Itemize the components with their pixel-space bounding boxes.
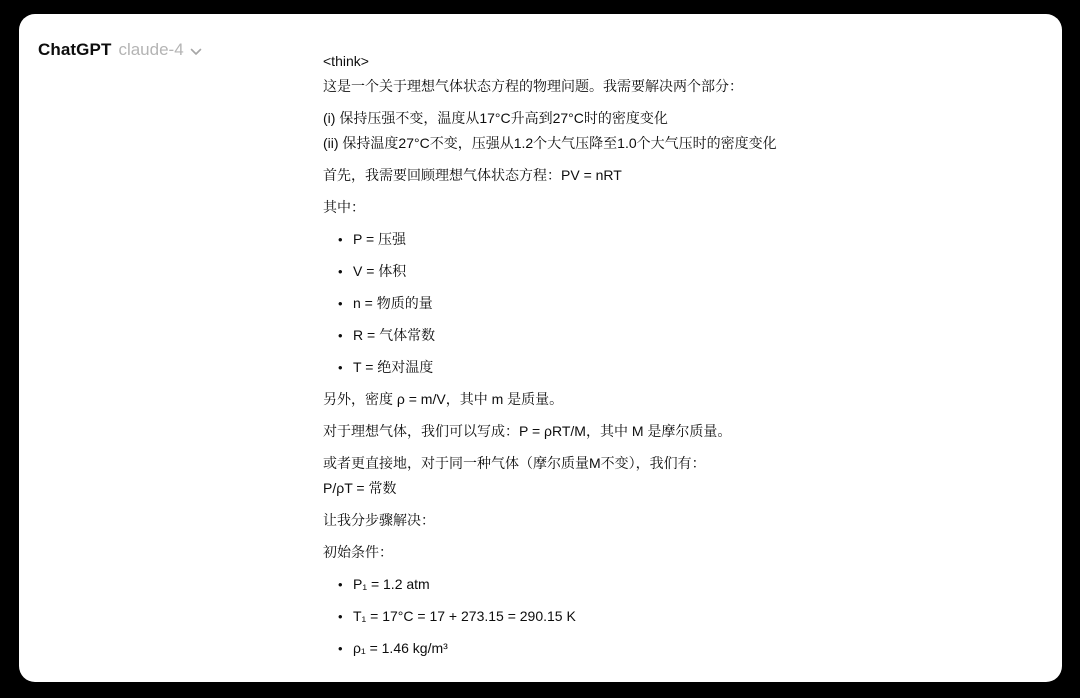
message-paragraph: 让我分步骤解决： [323,508,1043,533]
chat-window: ChatGPT claude-4 <think>这是一个关于理想气体状态方程的物… [19,14,1062,682]
message-paragraph: 其中： [323,195,1043,220]
list-item: R = 气体常数 [323,323,1043,348]
text-line: 或者更直接地，对于同一种气体（摩尔质量M不变），我们有： [323,451,1043,476]
message-paragraph: 首先，我需要回顾理想气体状态方程：PV = nRT [323,163,1043,188]
text-line: (i) 保持压强不变，温度从17°C升高到27°C时的密度变化 [323,106,1043,131]
list-item: P = 压强 [323,227,1043,252]
message-paragraph: 对于理想气体，我们可以写成：P = ρRT/M，其中 M 是摩尔质量。 [323,419,1043,444]
message-paragraph: 另外，密度 ρ = m/V，其中 m 是质量。 [323,387,1043,412]
assistant-message: <think>这是一个关于理想气体状态方程的物理问题。我需要解决两个部分：(i)… [323,49,1043,668]
text-line: 让我分步骤解决： [323,508,1043,533]
text-line: 其中： [323,195,1043,220]
text-line: 初始条件： [323,540,1043,565]
message-paragraph: (i) 保持压强不变，温度从17°C升高到27°C时的密度变化(ii) 保持温度… [323,106,1043,156]
list-item: ρ₁ = 1.46 kg/m³ [323,636,1043,661]
text-line: 另外，密度 ρ = m/V，其中 m 是质量。 [323,387,1043,412]
message-paragraph: 初始条件： [323,540,1043,565]
bullet-list: P₁ = 1.2 atmT₁ = 17°C = 17 + 273.15 = 29… [323,572,1043,661]
app-title: ChatGPT [38,40,111,60]
text-line: 首先，我需要回顾理想气体状态方程：PV = nRT [323,163,1043,188]
text-line: (ii) 保持温度27°C不变，压强从1.2个大气压降至1.0个大气压时的密度变… [323,131,1043,156]
message-paragraph: <think>这是一个关于理想气体状态方程的物理问题。我需要解决两个部分： [323,49,1043,99]
model-name: claude-4 [118,40,183,60]
chevron-down-icon [190,48,202,56]
text-line: 对于理想气体，我们可以写成：P = ρRT/M，其中 M 是摩尔质量。 [323,419,1043,444]
bullet-list: P = 压强V = 体积n = 物质的量R = 气体常数T = 绝对温度 [323,227,1043,380]
list-item: V = 体积 [323,259,1043,284]
chat-header: ChatGPT claude-4 [38,40,202,60]
text-line: <think> [323,49,1043,74]
list-item: n = 物质的量 [323,291,1043,316]
text-line: P/ρT = 常数 [323,476,1043,501]
outer-frame: ChatGPT claude-4 <think>这是一个关于理想气体状态方程的物… [0,0,1080,698]
text-line: 这是一个关于理想气体状态方程的物理问题。我需要解决两个部分： [323,74,1043,99]
list-item: P₁ = 1.2 atm [323,572,1043,597]
list-item: T₁ = 17°C = 17 + 273.15 = 290.15 K [323,604,1043,629]
list-item: T = 绝对温度 [323,355,1043,380]
model-selector[interactable]: claude-4 [118,40,201,60]
message-paragraph: 或者更直接地，对于同一种气体（摩尔质量M不变），我们有：P/ρT = 常数 [323,451,1043,501]
